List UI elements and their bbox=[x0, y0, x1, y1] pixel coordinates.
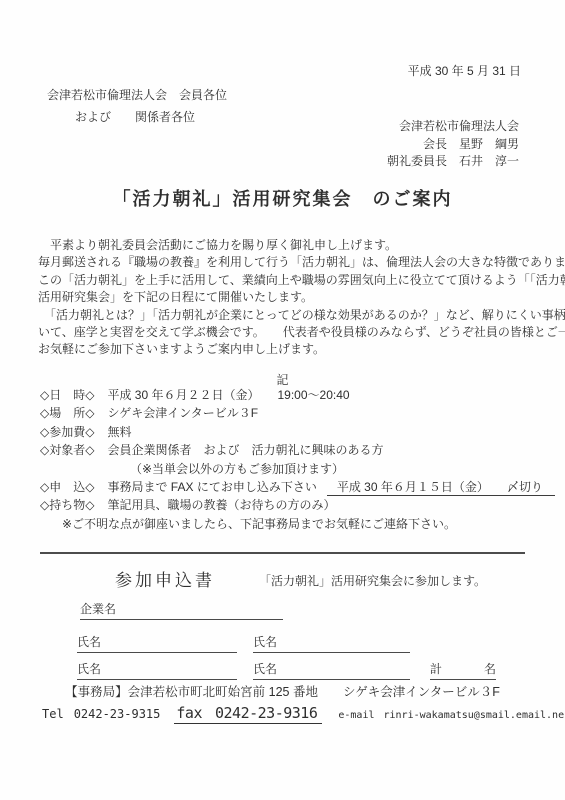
recipient-line-related: および 関係者各位 bbox=[75, 106, 227, 128]
notice-footnote: ※ご不明な点が御座いましたら、下記事務局までお気軽にご連絡下さい。 bbox=[62, 517, 456, 531]
item-label: ◇申 込◇ bbox=[40, 480, 94, 494]
body-line: 活用研究集会」を下記の日程にて開催いたします。 bbox=[38, 289, 565, 306]
notice-list: ◇日 時◇平成 30 年６月２２日（金） 19:00～20:40 ◇場 所◇シゲ… bbox=[40, 386, 555, 533]
email-address: rinri-wakamatsu@smail.email.ne.jp bbox=[383, 710, 565, 721]
company-field-label: 企業名 bbox=[80, 602, 116, 616]
recipient-block: 会津若松市倫理法人会 会員各位 および 関係者各位 bbox=[47, 84, 227, 128]
item-label: ◇場 所◇ bbox=[40, 406, 94, 420]
item-text: 会員企業関係者 および 活力朝礼に興味のある方 bbox=[107, 443, 383, 457]
item-text: 筆記用具、職場の教養（お待ちの方のみ） bbox=[107, 498, 335, 512]
notice-item-audience: ◇対象者◇会員企業関係者 および 活力朝礼に興味のある方 bbox=[40, 441, 555, 459]
body-line: いて、座学と実習を交えて学ぶ機会です。 代表者や役員様のみならず、どうぞ社員の皆… bbox=[38, 324, 565, 341]
company-name-field: 企業名 bbox=[80, 600, 283, 620]
document-page: 平成 30 年 5 月 31 日 会津若松市倫理法人会 会員各位 および 関係者… bbox=[0, 0, 565, 800]
name-field-label: 氏名 bbox=[253, 635, 277, 649]
tel-label: Tel bbox=[42, 707, 64, 721]
notice-item-fee: ◇参加費◇無料 bbox=[40, 423, 555, 441]
tel-number: 0242-23-9315 bbox=[74, 707, 161, 721]
total-count-field: 計名 bbox=[430, 660, 496, 680]
body-line: この「活力朝礼」を上手に活用して、業績向上や職場の雰囲気向上に役立てて頂けるよう… bbox=[38, 272, 565, 289]
total-label: 計 bbox=[430, 660, 442, 677]
sender-org: 会津若松市倫理法人会 bbox=[387, 118, 519, 136]
body-paragraph: 平素より朝礼委員会活動にご協力を賜り厚く御礼申し上げます。 毎月郵送される『職場… bbox=[38, 237, 565, 359]
attendee-name-field: 氏名 bbox=[77, 633, 237, 653]
document-date: 平成 30 年 5 月 31 日 bbox=[408, 62, 521, 79]
notice-item-place: ◇場 所◇シゲキ会津インタービル３F bbox=[40, 404, 555, 422]
sender-block: 会津若松市倫理法人会 会長 星野 綱男 朝礼委員長 石井 淳一 bbox=[387, 118, 519, 171]
company-name-row: 企業名 bbox=[80, 600, 283, 620]
name-field-label: 氏名 bbox=[77, 662, 101, 676]
attendee-name-field: 氏名 bbox=[77, 660, 237, 680]
recipient-line-members: 会津若松市倫理法人会 会員各位 bbox=[47, 84, 227, 106]
item-label: ◇日 時◇ bbox=[40, 388, 94, 402]
name-field-label: 氏名 bbox=[253, 662, 277, 676]
notice-item-belongings: ◇持ち物◇筆記用具、職場の教養（お待ちの方のみ） bbox=[40, 496, 555, 514]
name-field-label: 氏名 bbox=[77, 635, 101, 649]
sender-morning-assembly-chair: 朝礼委員長 石井 淳一 bbox=[387, 153, 519, 171]
notice-item-audience-note: （※当単会以外の方もご参加頂けます） bbox=[40, 460, 555, 478]
notice-footnote-line: ※ご不明な点が御座いましたら、下記事務局までお気軽にご連絡下さい。 bbox=[40, 515, 555, 533]
email-label: e-mail bbox=[338, 710, 374, 721]
fax-label: fax bbox=[176, 704, 202, 722]
email-group: e-mailrinri-wakamatsu@smail.email.ne.jp bbox=[338, 710, 565, 721]
cutoff-separator-line bbox=[40, 552, 525, 554]
item-text: 事務局まで FAX にてお申し込み下さい bbox=[107, 480, 316, 494]
body-line: お気軽にご参加下さいますようご案内申し上げます。 bbox=[38, 341, 565, 358]
attendee-name-field: 氏名 bbox=[253, 633, 410, 653]
document-title: 「活力朝礼」活用研究集会 のご案内 bbox=[0, 185, 565, 211]
item-label: ◇参加費◇ bbox=[40, 425, 94, 439]
tel-group: Tel0242-23-9315 bbox=[42, 707, 160, 721]
fax-number: 0242-23-9316 bbox=[215, 704, 317, 722]
contact-line: Tel0242-23-9315 fax0242-23-9316 e-mailri… bbox=[42, 704, 565, 724]
application-statement: 「活力朝礼」活用研究集会に参加します。 bbox=[259, 572, 486, 591]
name-row: 氏名氏名 bbox=[77, 633, 496, 653]
sender-chairman: 会長 星野 綱男 bbox=[387, 136, 519, 154]
item-label: ◇対象者◇ bbox=[40, 443, 94, 457]
item-text: 無料 bbox=[107, 425, 131, 439]
total-unit-label: 名 bbox=[484, 660, 496, 677]
apply-deadline: 平成 30 年６月１５日（金） 〆切り bbox=[327, 480, 555, 496]
attendee-name-field: 氏名 bbox=[253, 660, 410, 680]
notice-item-datetime: ◇日 時◇平成 30 年６月２２日（金） 19:00～20:40 bbox=[40, 386, 555, 404]
application-form-header: 参加申込書 「活力朝礼」活用研究集会に参加します。 bbox=[115, 566, 486, 591]
item-text: 平成 30 年６月２２日（金） 19:00～20:40 bbox=[107, 388, 349, 402]
fax-group: fax0242-23-9316 bbox=[174, 704, 322, 724]
body-line: 毎月郵送される『職場の教養』を利用して行う「活力朝礼」は、倫理法人会の大きな特徴… bbox=[38, 254, 565, 271]
body-line: 平素より朝礼委員会活動にご協力を賜り厚く御礼申し上げます。 bbox=[38, 237, 565, 254]
item-text: シゲキ会津インタービル３F bbox=[107, 406, 258, 420]
name-row: 氏名氏名計名 bbox=[77, 660, 496, 680]
office-address: 【事務局】会津若松市町北町始宮前 125 番地 シゲキ会津インタービル３F bbox=[0, 682, 565, 700]
notice-item-apply: ◇申 込◇事務局まで FAX にてお申し込み下さい平成 30 年６月１５日（金）… bbox=[40, 478, 555, 496]
application-form-title: 参加申込書 bbox=[115, 566, 215, 591]
body-line: 「活力朝礼とは？」「活力朝礼が企業にとってどの様な効果があるのか？」など、解りに… bbox=[38, 307, 565, 324]
audience-note: （※当単会以外の方もご参加頂けます） bbox=[130, 462, 344, 476]
item-label: ◇持ち物◇ bbox=[40, 498, 94, 512]
attendee-name-rows: 氏名氏名 氏名氏名計名 bbox=[77, 633, 496, 687]
